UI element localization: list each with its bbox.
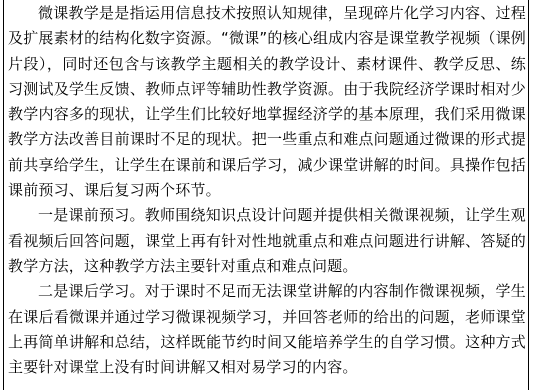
document-table-cell: 微课教学是是指运用信息技术按照认知规律，呈现碎片化学习内容、过程及扩展素材的结构… bbox=[3, 0, 529, 390]
paragraph-intro: 微课教学是是指运用信息技术按照认知规律，呈现碎片化学习内容、过程及扩展素材的结构… bbox=[8, 1, 526, 203]
paragraph-review: 二是课后学习。对于课时不足而无法课堂讲解的内容制作微课视频，学生在课后看微课并通… bbox=[8, 279, 526, 380]
paragraph-preview: 一是课前预习。教师围绕知识点设计问题并提供相关微课视频，让学生观看视频后回答问题… bbox=[8, 203, 526, 279]
